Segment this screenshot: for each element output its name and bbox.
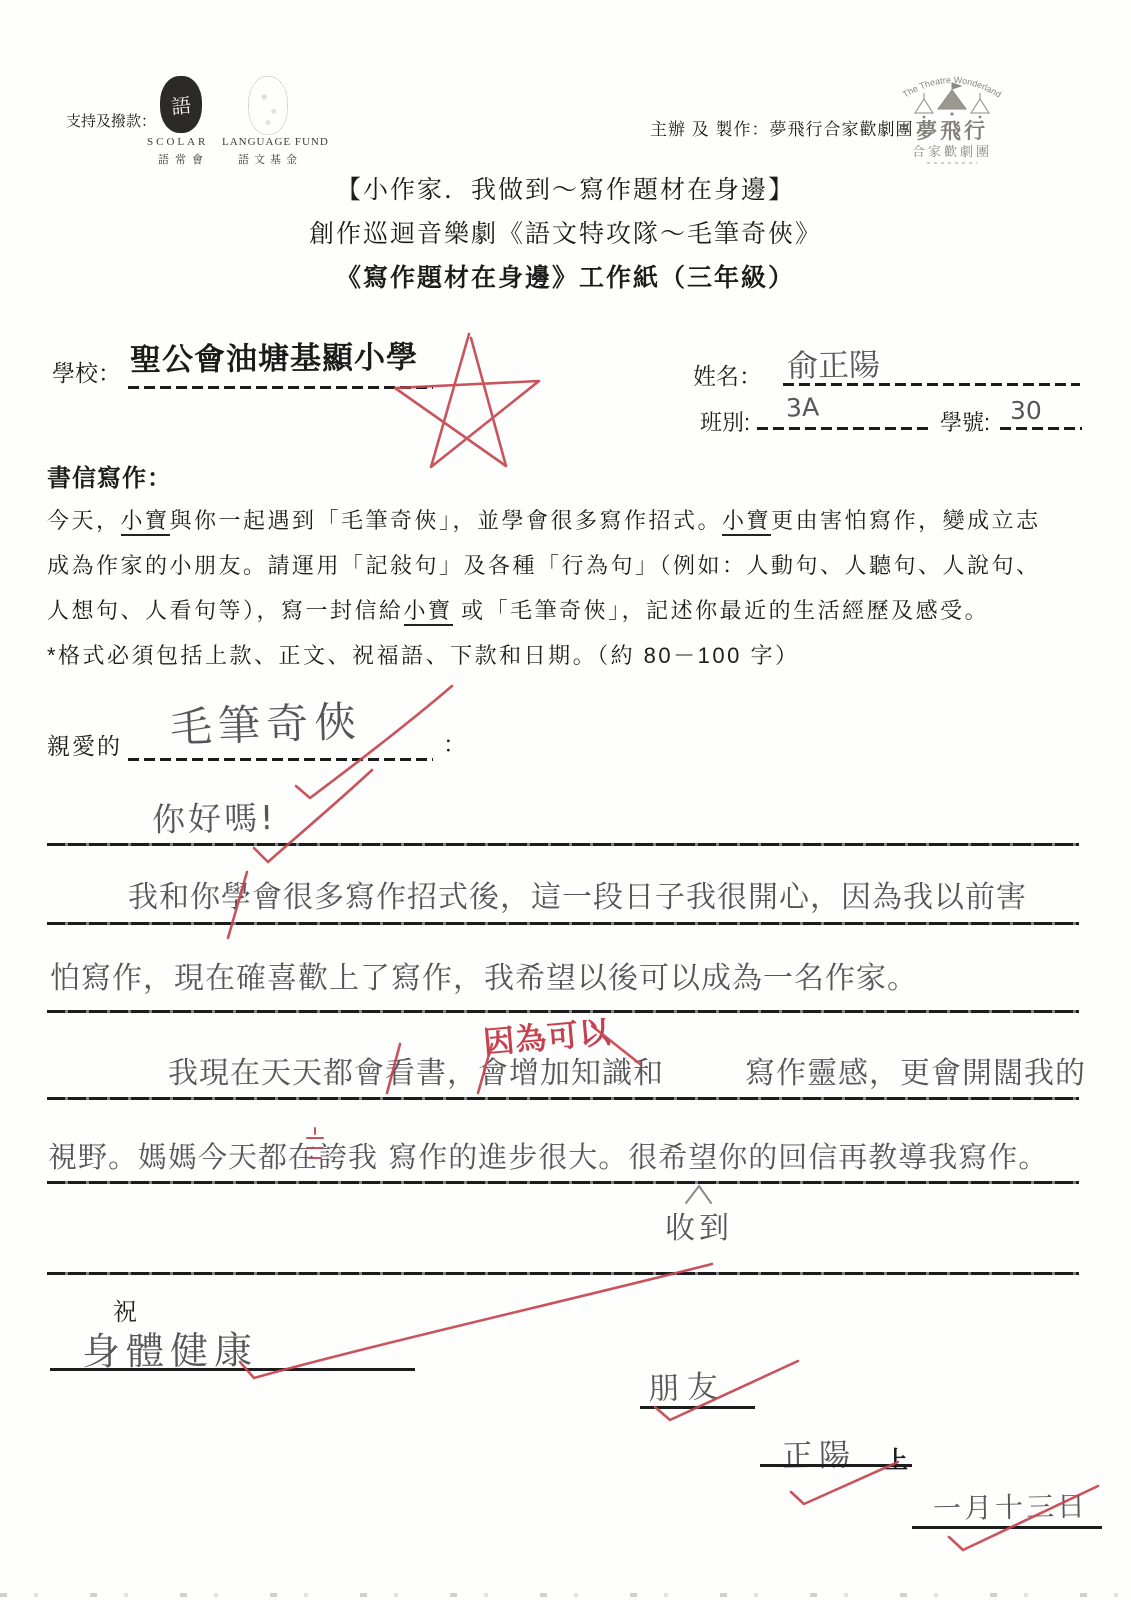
underlined-term: 小寶 xyxy=(722,508,771,536)
instr-text: 人想句、人看句等），寫一封信給 xyxy=(47,598,404,623)
letter-body-line-3b-handwriting: 寫作靈感，更會開闊我的 xyxy=(745,1048,1086,1092)
salutation-value-handwriting: 毛筆奇俠 xyxy=(169,689,363,756)
signoff-relation-rule xyxy=(640,1406,755,1409)
name-underline xyxy=(783,383,1080,386)
letter-rule-1 xyxy=(47,843,1079,846)
language-fund-title: LANGUAGE FUND xyxy=(222,136,329,148)
letter-body-line-4-handwriting: 視野。媽媽今天都在誇我 寫作的進步很大。很希望你的回信再教導我寫作。 xyxy=(48,1135,1048,1176)
instr-text: 成為作家的小朋友。請運用「記敍句」及各種「行為句」（例如：人動句、人聽句、人說句… xyxy=(47,553,1041,578)
instr-text: *格式必須包括上款、正文、祝福語、下款和日期。（約 80－100 字） xyxy=(47,643,799,668)
instr-text: 更由害怕寫作，變成立志 xyxy=(771,508,1041,533)
class-label: 班別: xyxy=(700,406,750,437)
class-underline xyxy=(757,427,930,430)
scan-edge-artifact xyxy=(0,1593,1131,1597)
salutation-label: 親愛的 xyxy=(47,728,122,761)
instruction-line-2: 成為作家的小朋友。請運用「記敍句」及各種「行為句」（例如：人動句、人聽句、人說句… xyxy=(47,543,1092,588)
scolar-seal-icon: 語 xyxy=(160,76,202,133)
title-line-3: 《寫作題材在身邊》工作紙（三年級） xyxy=(0,258,1131,294)
letter-body-line-2-handwriting: 怕寫作，現在確喜歡上了寫作，我希望以後可以成為一名作家。 xyxy=(50,953,918,997)
number-label: 學號: xyxy=(940,406,990,437)
instruction-line-1: 今天，小寶與你一起遇到「毛筆奇俠」，並學會很多寫作招式。小寶更由害怕寫作，變成立… xyxy=(47,498,1092,543)
title-line-2: 創作巡迴音樂劇《語文特攻隊～毛筆奇俠》 xyxy=(0,214,1131,250)
theatre-logo-name: 夢飛行 xyxy=(916,119,988,143)
pencil-caret-icon xyxy=(686,1186,711,1203)
funders-label: 支持及撥款： xyxy=(66,110,156,131)
name-label: 姓名： xyxy=(693,358,762,391)
class-value-handwriting: 3A xyxy=(786,392,820,422)
letter-greeting-handwriting: 你好嗎! xyxy=(152,792,277,841)
letter-body-line-1-handwriting: 我和你學會很多寫作招式後，這一段日子我很開心，因為我以前害 xyxy=(128,872,1027,916)
theatre-logo: The Theatre Wonderland 夢飛行 合家歡劇團 xyxy=(897,66,1007,168)
letter-rule-4 xyxy=(47,1097,1079,1100)
underlined-term: 小寶 xyxy=(121,508,170,536)
scolar-title: SCOLAR xyxy=(147,136,208,148)
inserted-word-handwriting: 收到 xyxy=(665,1203,733,1247)
school-label: 學校： xyxy=(52,355,121,388)
instr-text: 今天， xyxy=(47,508,121,533)
underlined-term: 小寶 xyxy=(404,598,453,626)
instruction-line-4: *格式必須包括上款、正文、祝福語、下款和日期。（約 80－100 字） xyxy=(47,633,1092,678)
language-fund-seal-icon xyxy=(248,76,288,135)
salutation-underline xyxy=(128,758,433,761)
title-line-1: 【小作家．我做到～寫作題材在身邊】 xyxy=(0,170,1131,206)
letter-rule-6 xyxy=(47,1272,1079,1275)
salutation-colon: ： xyxy=(443,726,466,759)
signoff-suffix: 上 xyxy=(884,1440,908,1475)
letter-rule-5 xyxy=(47,1181,1079,1184)
number-value-handwriting: 30 xyxy=(1010,396,1042,425)
signoff-relation-handwriting: 朋友 xyxy=(647,1361,727,1409)
letter-body-line-3a-handwriting: 我現在天天都會看書，會增加知識和 xyxy=(168,1048,664,1092)
signoff-name-rule xyxy=(760,1464,912,1467)
date-rule xyxy=(912,1526,1102,1529)
red-tick-wish xyxy=(240,1264,712,1378)
instr-text: 與你一起遇到「毛筆奇俠」，並學會很多寫作招式。 xyxy=(170,508,723,533)
assignment-heading: 書信寫作： xyxy=(47,458,172,493)
school-underline xyxy=(128,386,433,389)
theatre-logo-subtitle: 合家歡劇團 xyxy=(912,144,992,160)
name-value-handwriting: 俞正陽 xyxy=(787,339,881,386)
scolar-subtitle: 語常會 xyxy=(158,151,209,167)
assignment-instructions: 今天，小寶與你一起遇到「毛筆奇俠」，並學會很多寫作招式。小寶更由害怕寫作，變成立… xyxy=(47,498,1092,678)
instruction-line-3: 人想句、人看句等），寫一封信給小寶 或「毛筆奇俠」，記述你最近的生活經歷及感受。 xyxy=(47,588,1092,633)
language-fund-subtitle: 語文基金 xyxy=(238,151,302,167)
number-underline xyxy=(1000,427,1082,430)
date-handwriting: 一月十三日 xyxy=(933,1485,1089,1528)
organizer-label: 主辦 及 製作：夢飛行合家歡劇團 xyxy=(650,115,913,140)
scolar-seal-char: 語 xyxy=(170,89,193,120)
instr-text: 或「毛筆奇俠」，記述你最近的生活經歷及感受。 xyxy=(453,598,990,623)
school-value-handwriting: 聖公會油塘基顯小學 xyxy=(130,331,418,379)
wish-rule xyxy=(50,1368,415,1371)
letter-rule-2 xyxy=(47,922,1079,925)
worksheet-page: 支持及撥款： 語 SCOLAR 語常會 LANGUAGE FUND 語文基金 主… xyxy=(0,0,1131,1600)
signoff-name-handwriting: 正陽 xyxy=(782,1429,857,1475)
